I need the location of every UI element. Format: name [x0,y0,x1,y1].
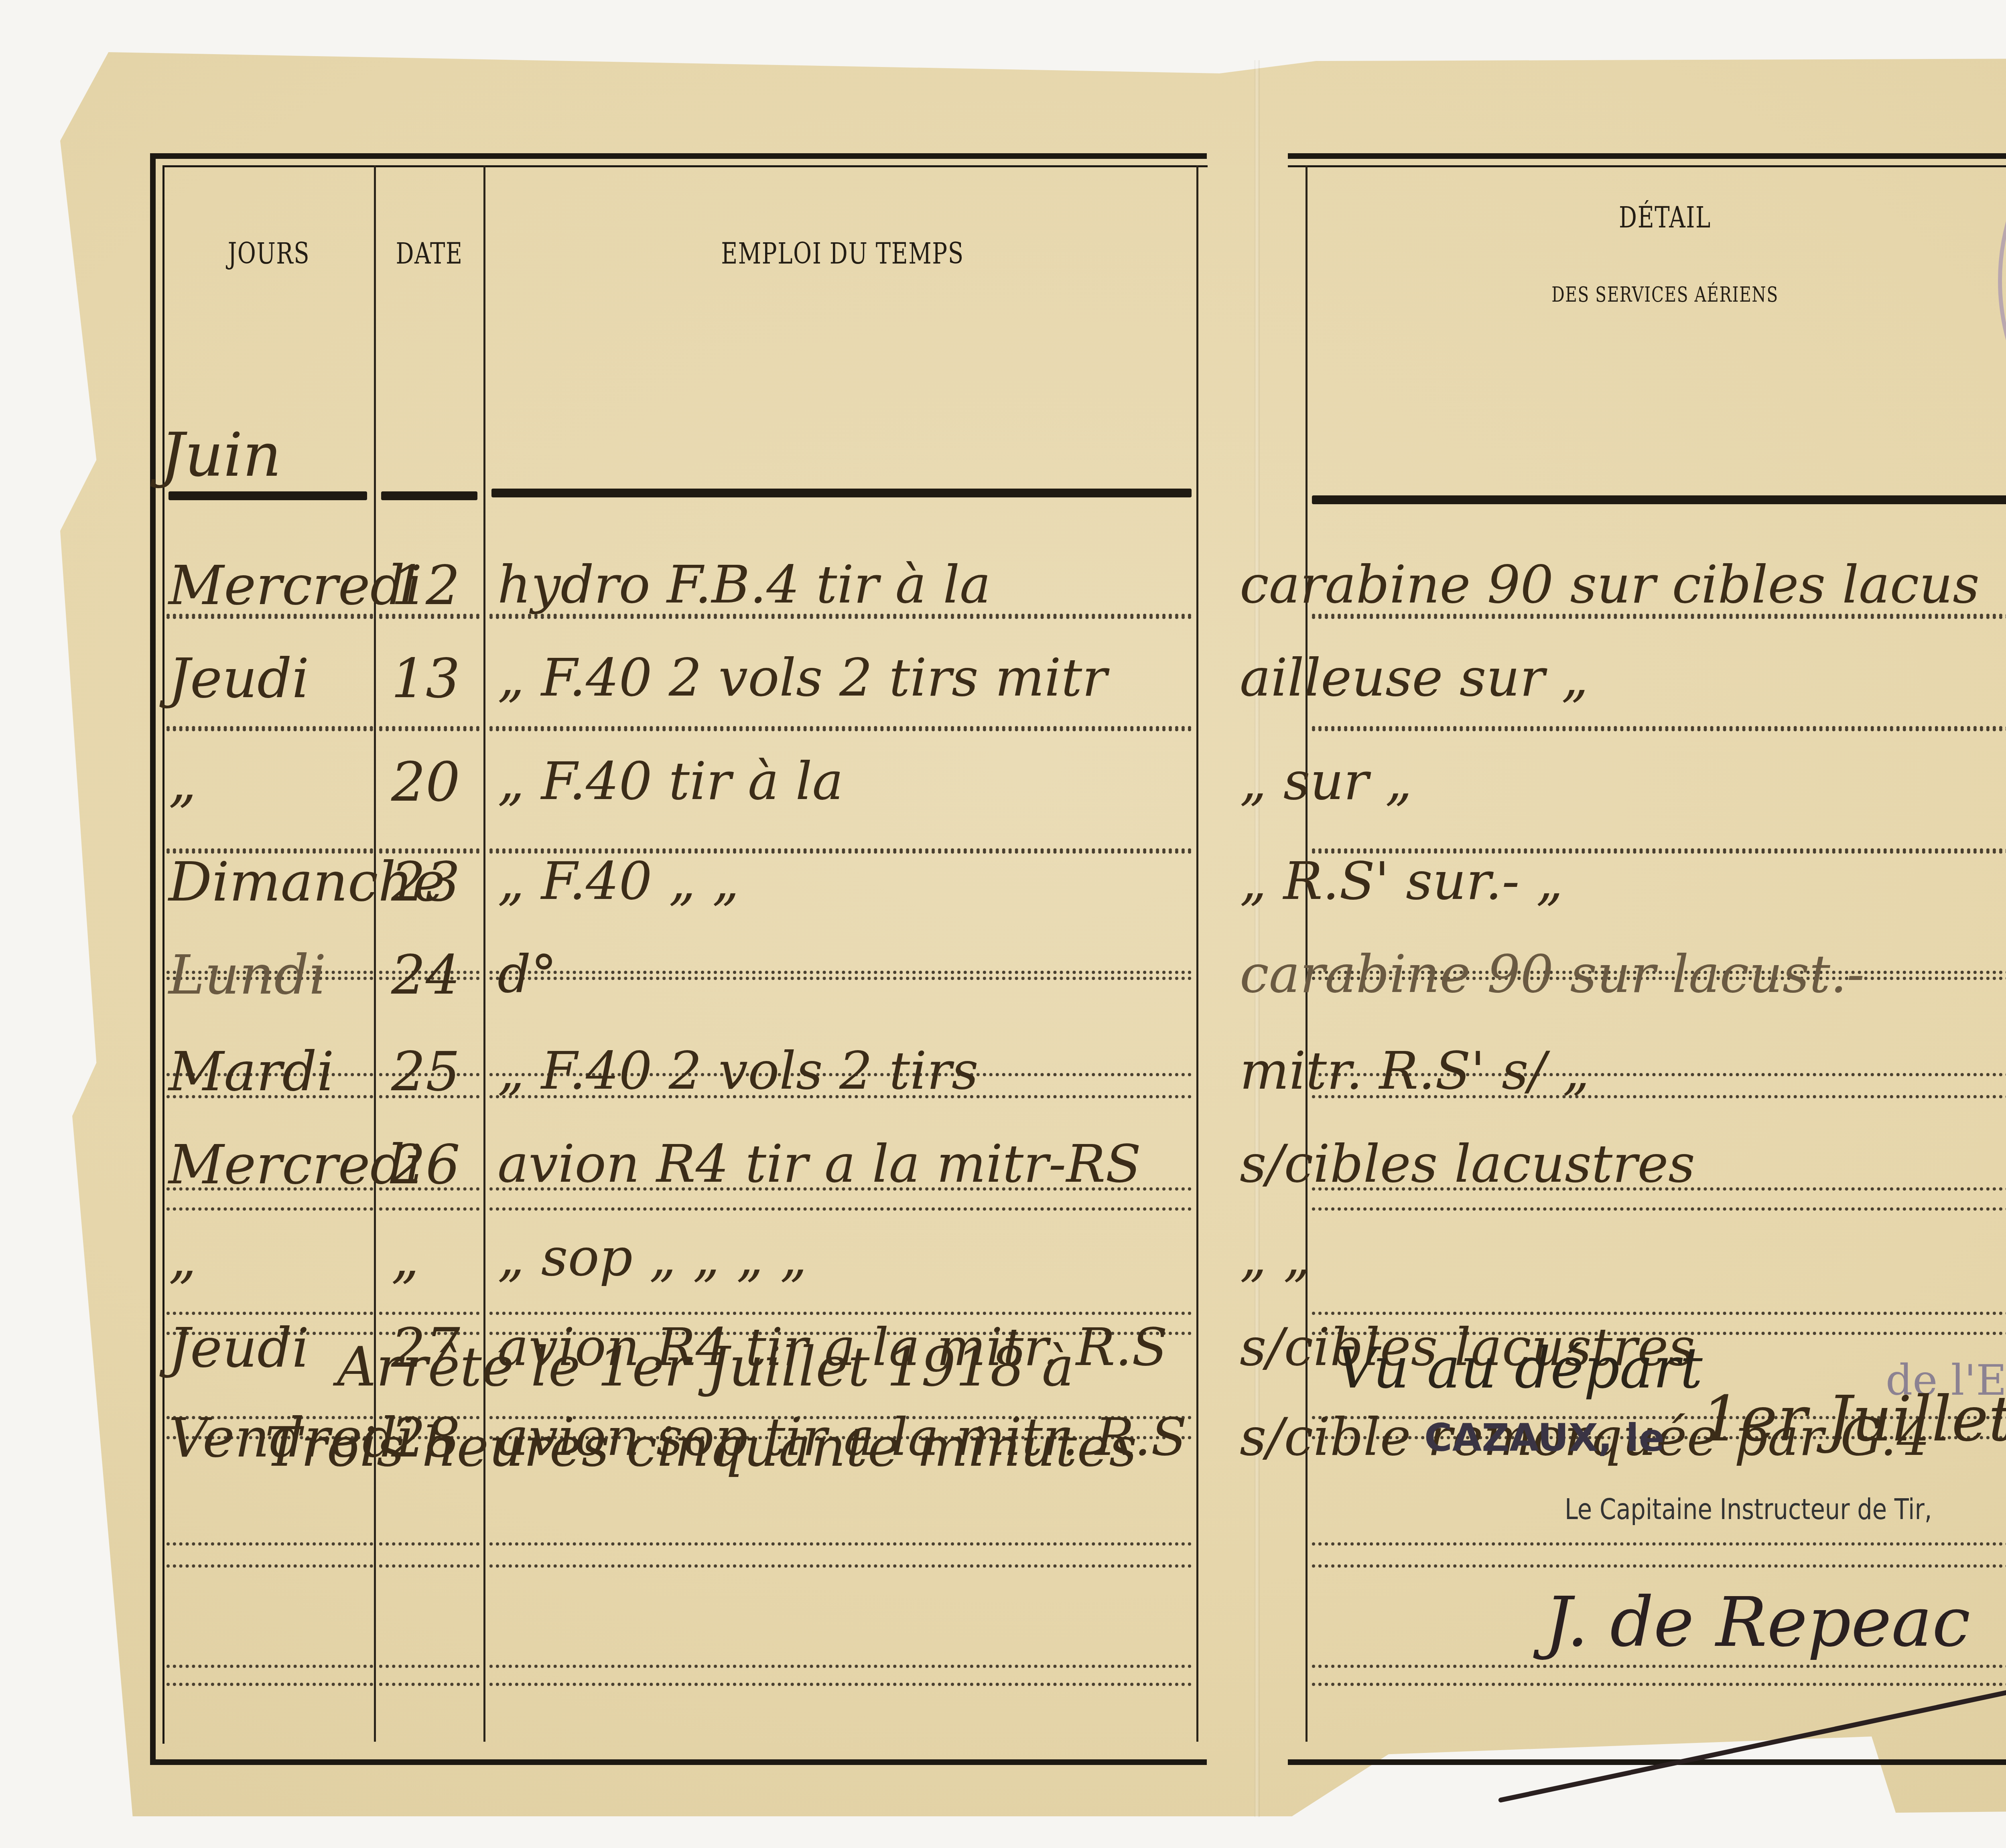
ruled-dotted-line [379,1312,479,1315]
cazaux-prefix: CAZAUX, le [1424,1416,1665,1460]
row-dotted-line [489,1564,1192,1568]
cell-emploi: „ F.40 2 vols 2 tirs [497,1045,979,1097]
cell-date: 13 [391,651,460,706]
ruled-dotted-line [489,1312,1192,1315]
cell-detail: „ „ [1240,1231,1310,1283]
cell-emploi: „ F.40 2 vols 2 tirs mitr [497,651,1107,704]
header-rule-date [381,491,477,500]
cell-emploi: „ sop „ „ „ „ [497,1231,807,1283]
vu-au-depart: Vu au départ [1336,1336,1703,1401]
cell-jour: „ [169,1231,197,1285]
cell-date: 12 [391,558,460,613]
ruled-dotted-line [379,1665,479,1668]
row-dotted-line [166,1207,373,1211]
footer-arrete-line: Arrêté le 1er Juillet 1918 à [337,1340,1074,1394]
cell-jour: Jeudi [169,651,309,706]
cell-detail: „ sur „ [1240,755,1412,807]
cell-detail: carabine 90 sur cibles lacus [1240,558,1980,611]
row-dotted-line [489,1683,1192,1686]
cell-emploi: d° [497,948,557,1000]
header-rule-jours [169,491,367,500]
footer-total-words: Trois heures cinquante minutes [265,1420,1137,1474]
col-divider-jours-date [374,165,376,1742]
row-dotted-line [1312,726,2006,729]
signatory-title: Le Capitaine Instructeur de Tir, [1565,1492,1932,1526]
cell-jour: Lundi [169,948,326,1002]
ruled-dotted-line [379,1542,479,1546]
row-dotted-line [166,1564,373,1568]
cell-emploi: „ F.40 tir à la [497,755,843,807]
cell-jour: Jeudi [169,1321,309,1375]
row-dotted-line [489,977,1192,980]
month-label: Juin [160,425,281,485]
row-dotted-line [379,1564,479,1568]
cell-emploi: „ F.40 „ „ [497,855,739,907]
cell-detail: carabine 90 sur lacust.- [1240,948,1864,1000]
cell-emploi: avion R4 tir a la mitr-RS [497,1138,1141,1190]
row-dotted-line [379,726,479,729]
row-dotted-line [166,1683,373,1686]
ruled-dotted-line [166,1665,373,1668]
cell-detail: „ R.S' sur.- „ [1240,855,1563,907]
cell-date: 26 [391,1138,460,1192]
cell-emploi: hydro F.B.4 tir à la [497,558,991,611]
cell-jour: Mardi [169,1045,334,1099]
cell-date: 25 [391,1045,460,1099]
cell-date: 24 [391,948,460,1002]
row-dotted-line [1312,1564,2006,1568]
captain-signature: J. de Repeac [1545,1588,1970,1657]
ruled-dotted-line [489,1542,1192,1546]
ruled-dotted-line [1312,1312,2006,1315]
header-rule-detail [1312,495,2006,504]
row-dotted-line [379,1683,479,1686]
col-divider-emploi-right [1196,165,1198,1742]
cell-date: 23 [391,855,460,909]
ruled-dotted-line [166,1312,373,1315]
header-rule-emploi [491,489,1192,497]
header-emploi-du-temps: EMPLOI DU TEMPS [592,237,1093,270]
row-dotted-line [489,1207,1192,1211]
row-dotted-line [1312,1207,2006,1211]
row-dotted-line [489,726,1192,729]
cell-detail: s/cibles lacustres [1240,1138,1695,1190]
col-divider-date-emploi [483,165,485,1742]
row-dotted-line [1312,1683,2006,1686]
cazaux-date: 1er Juillet [1701,1388,2006,1450]
row-dotted-line [379,1207,479,1211]
header-jours: JOURS [203,237,335,270]
cell-date: 20 [391,755,460,809]
ruled-dotted-line [1312,1665,2006,1668]
cell-jour: Mercredi [169,1138,422,1192]
cell-detail: ailleuse sur „ [1240,651,1588,704]
header-detail: DÉTAIL [1524,201,1806,234]
header-detail-subtitle: DES SERVICES AÉRIENS [1477,283,1853,307]
cell-detail: mitr. R.S' s/ „ [1240,1045,1590,1097]
ruled-dotted-line [489,971,1192,974]
row-dotted-line [166,726,373,729]
center-fold [1254,60,1260,1817]
header-date: DATE [386,237,473,270]
cell-jour: „ [169,755,197,809]
ruled-dotted-line [1312,1542,2006,1546]
ruled-dotted-line [166,1542,373,1546]
ruled-dotted-line [489,1665,1192,1668]
cell-jour: Mercredi [169,558,422,613]
cell-date: „ [391,1231,419,1285]
